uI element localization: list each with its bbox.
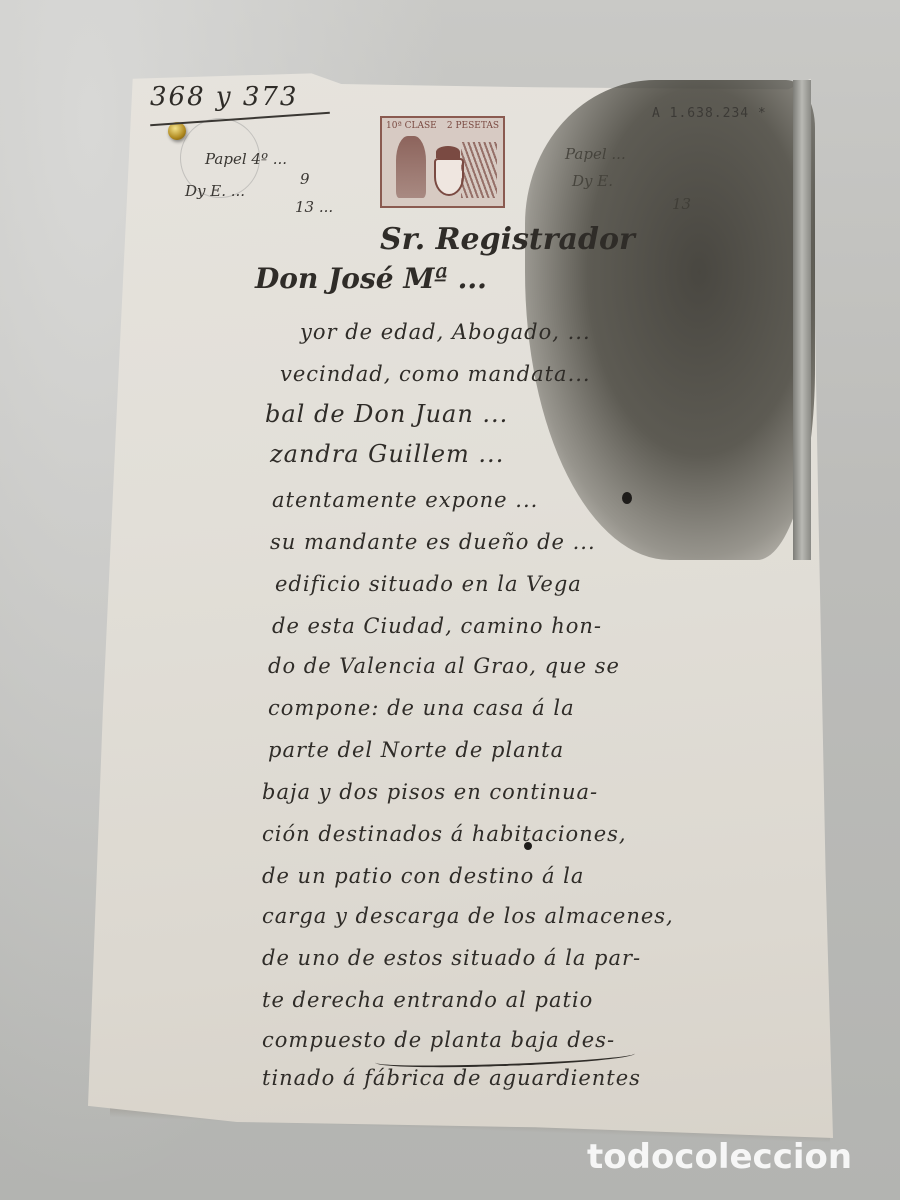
body-line-1: Don José Mª ...: [255, 262, 487, 295]
ink-blot: [622, 492, 632, 504]
body-line-11: compone: de una casa á la: [268, 696, 575, 720]
ink-blot: [524, 842, 532, 850]
body-line-10: do de Valencia al Grao, que se: [268, 654, 620, 678]
salutation: Sr. Registrador: [380, 222, 635, 257]
margin-note-left-2: 9: [300, 170, 310, 188]
brass-pin-icon: [168, 122, 186, 140]
stamp-class-label: 10ª CLASE: [386, 122, 437, 131]
body-line-7: su mandante es dueño de ...: [270, 530, 596, 554]
margin-note-left-3: Dy E. ...: [185, 182, 245, 200]
body-line-16: carga y descarga de los almacenes,: [262, 904, 674, 928]
body-line-2: yor de edad, Abogado, ...: [300, 320, 591, 344]
margin-note-left-1: Papel 4º ...: [205, 150, 287, 168]
shield-icon: [434, 158, 464, 196]
body-line-3: vecindad, como mandata...: [280, 362, 591, 386]
stamp-price-label: 2 PESETAS: [447, 122, 499, 131]
foliage-icon: [461, 142, 497, 198]
body-line-8: edificio situado en la Vega: [275, 572, 582, 596]
body-line-12: parte del Norte de planta: [268, 738, 564, 762]
body-line-6: atentamente expone ...: [272, 488, 538, 512]
crown-icon: [436, 146, 460, 158]
body-line-5: zandra Guillem ...: [270, 440, 504, 468]
serial-number: A 1.638.234 *: [652, 106, 767, 121]
folded-edge: [793, 80, 811, 560]
margin-note-left-4: 13 ...: [295, 198, 333, 216]
body-line-13: baja y dos pisos en continua-: [262, 780, 598, 804]
body-line-20: tinado á fábrica de aguardientes: [262, 1066, 641, 1090]
tax-stamp: 10ª CLASE 2 PESETAS: [380, 116, 505, 208]
body-line-18: te derecha entrando al patio: [262, 988, 593, 1012]
body-line-4: bal de Don Juan ...: [265, 400, 508, 428]
reference-number: 368 y 373: [150, 82, 298, 112]
justice-figure-icon: [396, 136, 426, 198]
body-line-9: de esta Ciudad, camino hon-: [272, 614, 602, 638]
body-line-14: ción destinados á habitaciones,: [262, 822, 627, 846]
body-line-17: de uno de estos situado á la par-: [262, 946, 641, 970]
body-line-15: de un patio con destino á la: [262, 864, 584, 888]
watermark-logo: todocoleccion: [587, 1137, 852, 1177]
